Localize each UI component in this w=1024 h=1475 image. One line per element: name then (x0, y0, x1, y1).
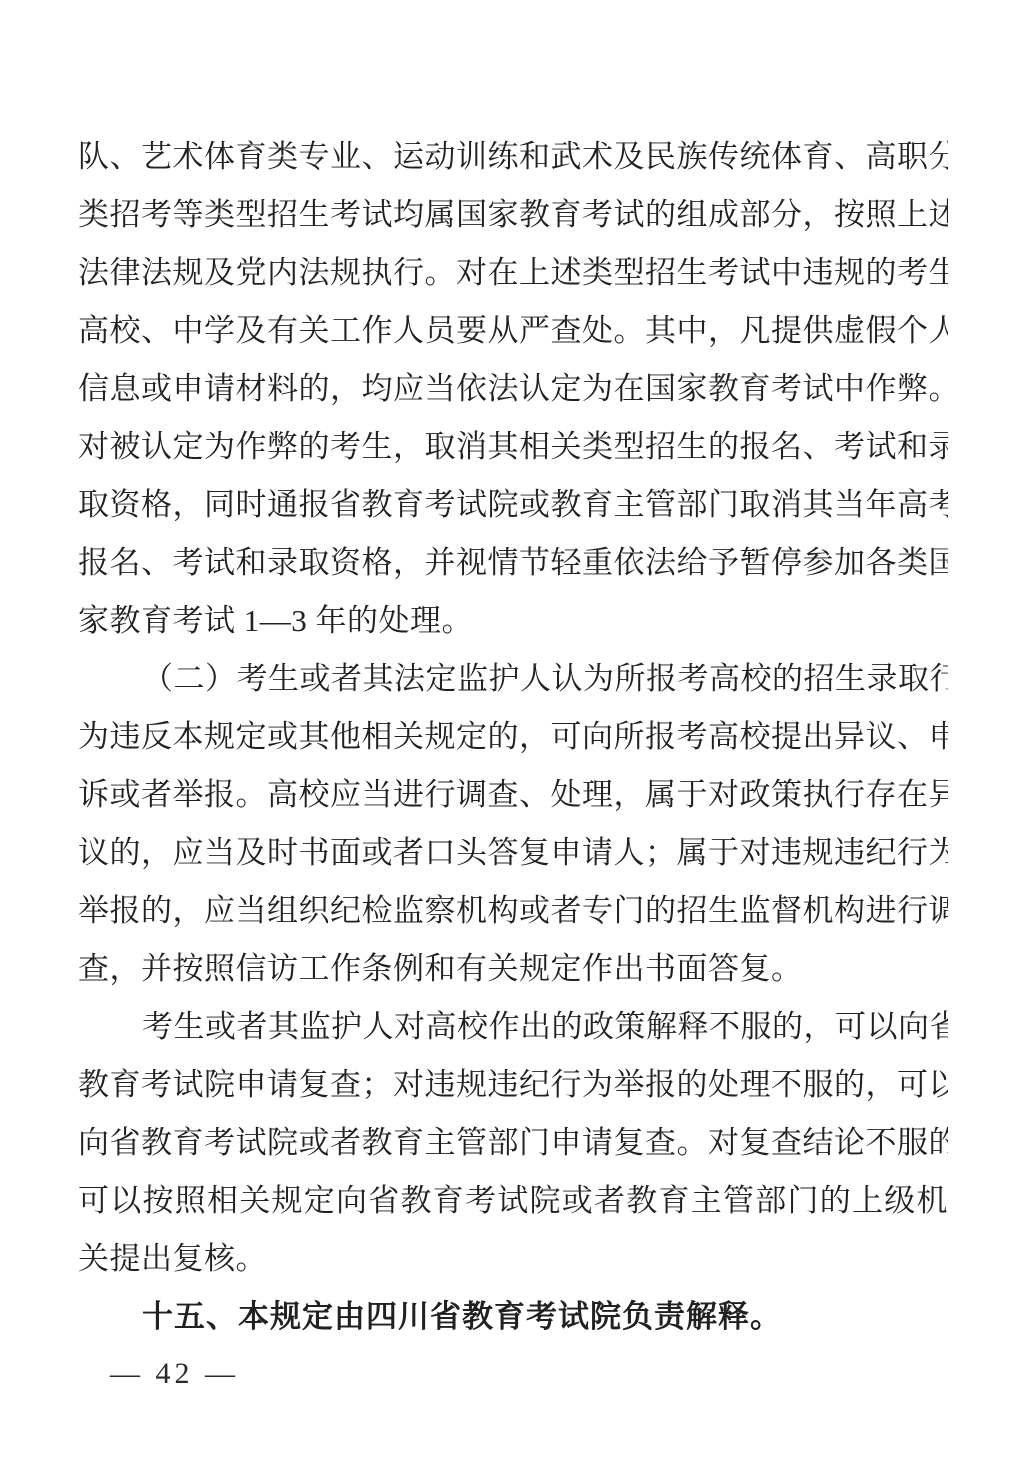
text-line: 举报的，应当组织纪检监察机构或者专门的招生监督机构进行调 (78, 882, 948, 940)
text-line: 法律法规及党内法规执行。对在上述类型招生考试中违规的考生、 (78, 244, 948, 302)
text-line: 教育考试院申请复查；对违规违纪行为举报的处理不服的，可以 (78, 1056, 948, 1114)
text-line: 高校、中学及有关工作人员要从严查处。其中，凡提供虚假个人 (78, 302, 948, 360)
text-line: 信息或申请材料的，均应当依法认定为在国家教育考试中作弊。 (78, 360, 948, 418)
text-line: 向省教育考试院或者教育主管部门申请复查。对复查结论不服的， (78, 1114, 948, 1172)
text-line: 对被认定为作弊的考生，取消其相关类型招生的报名、考试和录 (78, 418, 948, 476)
text-line: 查，并按照信访工作条例和有关规定作出书面答复。 (78, 940, 948, 998)
text-line: 议的，应当及时书面或者口头答复申请人；属于对违规违纪行为 (78, 824, 948, 882)
page-number: — 42 — (110, 1352, 239, 1396)
text-line: 家教育考试 1—3 年的处理。 (78, 592, 948, 650)
text-line: 十五、本规定由四川省教育考试院负责解释。 (78, 1288, 948, 1346)
document-body: 队、艺术体育类专业、运动训练和武术及民族传统体育、高职分类招考等类型招生考试均属… (78, 128, 948, 1346)
text-line: 关提出复核。 (78, 1230, 948, 1288)
text-line: 取资格，同时通报省教育考试院或教育主管部门取消其当年高考 (78, 476, 948, 534)
text-line: 队、艺术体育类专业、运动训练和武术及民族传统体育、高职分 (78, 128, 948, 186)
document-page: 队、艺术体育类专业、运动训练和武术及民族传统体育、高职分类招考等类型招生考试均属… (0, 0, 1024, 1475)
text-line: 报名、考试和录取资格，并视情节轻重依法给予暂停参加各类国 (78, 534, 948, 592)
text-line: 类招考等类型招生考试均属国家教育考试的组成部分，按照上述 (78, 186, 948, 244)
text-line: （二）考生或者其法定监护人认为所报考高校的招生录取行 (78, 650, 948, 708)
text-line: 可以按照相关规定向省教育考试院或者教育主管部门的上级机 (78, 1172, 948, 1230)
text-line: 诉或者举报。高校应当进行调查、处理，属于对政策执行存在异 (78, 766, 948, 824)
text-line: 为违反本规定或其他相关规定的，可向所报考高校提出异议、申 (78, 708, 948, 766)
text-line: 考生或者其监护人对高校作出的政策解释不服的，可以向省 (78, 998, 948, 1056)
